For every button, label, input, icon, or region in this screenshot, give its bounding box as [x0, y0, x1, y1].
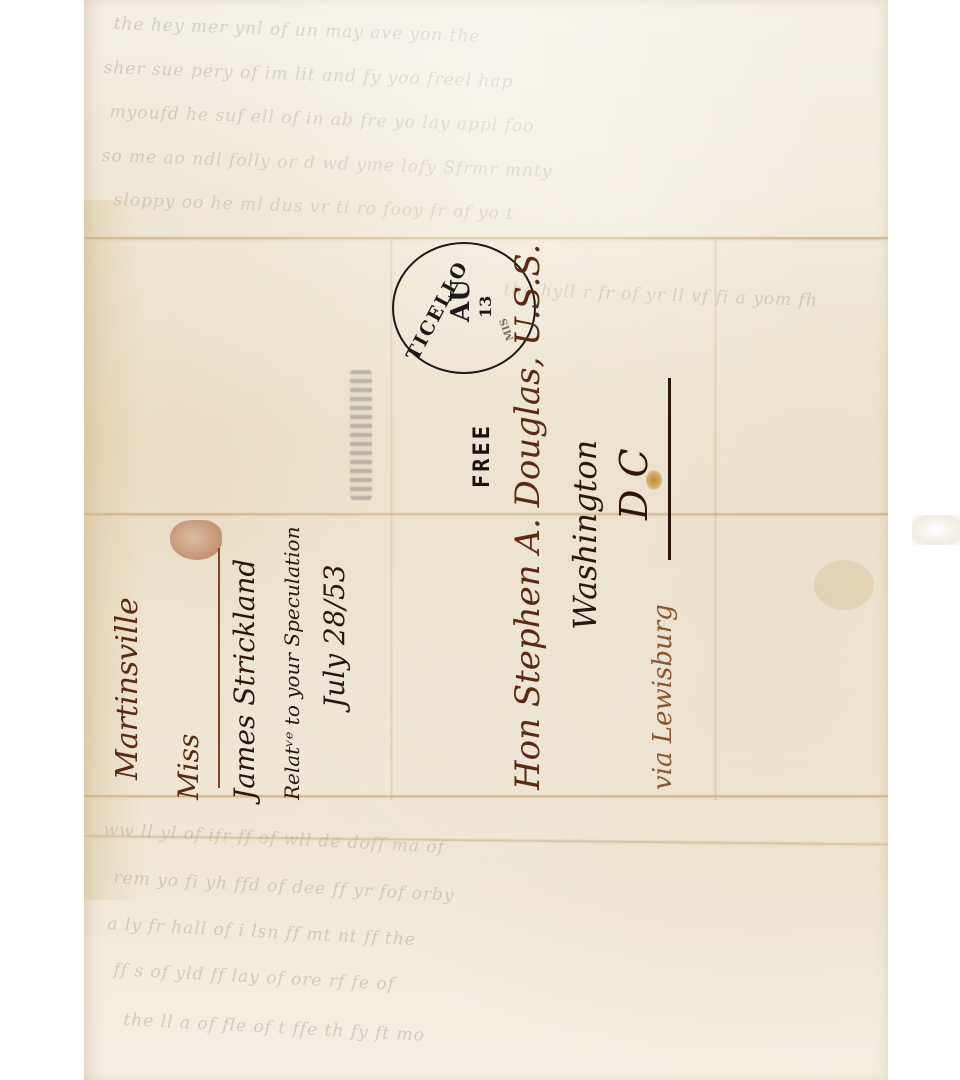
- stain: [84, 200, 144, 900]
- bleed-line: the hey mer ynl of un may ave yon the: [113, 14, 481, 47]
- bleed-line: rem yo fi yh ffd of dee ff yr fof orby: [113, 868, 455, 906]
- endorsement-line-4: Relatᵛᵉ to your Speculation: [280, 527, 304, 800]
- address-line-4: via Lewisburg: [648, 604, 678, 790]
- endorsement-rule: [218, 548, 220, 788]
- bleed-line: myoufd he suf ell of in ab fre yo lay ap…: [109, 102, 534, 137]
- address-line-1: Hon Stephen A. Douglas, U.S.S.: [508, 244, 548, 790]
- fold-line-vertical: [390, 240, 393, 800]
- fold-line: [84, 236, 888, 242]
- stain: [814, 560, 874, 610]
- fold-line: [84, 834, 888, 848]
- bleed-line: a ly fr hall of i lsn ff mt nt ff the: [107, 914, 416, 950]
- address-line-2: Washington: [566, 440, 604, 630]
- address-flourish: [668, 378, 671, 560]
- wax-seal-remnant: [170, 520, 222, 560]
- bleed-line: sloppy oo he ml dus vr ti ro fooy fr of …: [113, 190, 514, 224]
- bleed-line: ff s of yld ff lay of ore rf fe of: [113, 960, 395, 995]
- ink-blot: [646, 470, 662, 490]
- faint-handstamp: [350, 370, 372, 500]
- free-frank-stamp: FREE: [470, 423, 495, 488]
- endorsement-line-2: Miss: [172, 734, 205, 800]
- fold-line: [84, 512, 888, 518]
- fold-line-vertical: [714, 240, 717, 800]
- paper-tear: [912, 515, 960, 545]
- bleed-line: the ll a of fle of t ffe th fy ft mo: [123, 1010, 425, 1046]
- endorsement-line-1: Martinsville: [110, 597, 145, 780]
- endorsement-line-3: James Strickland: [228, 559, 261, 800]
- postmark-month: AU: [446, 279, 476, 322]
- bleed-line: so me ao ndl folly or d wd yme lofy Sfrm…: [101, 146, 553, 182]
- bleed-line: sher sue pery of im lit and fy yoo freel…: [103, 58, 513, 92]
- endorsement-line-5: July 28/53: [318, 564, 351, 708]
- bleed-line: the hyll r fr of yr ll vf fi a yom fh: [503, 280, 818, 311]
- postmark-day: 13: [476, 296, 495, 318]
